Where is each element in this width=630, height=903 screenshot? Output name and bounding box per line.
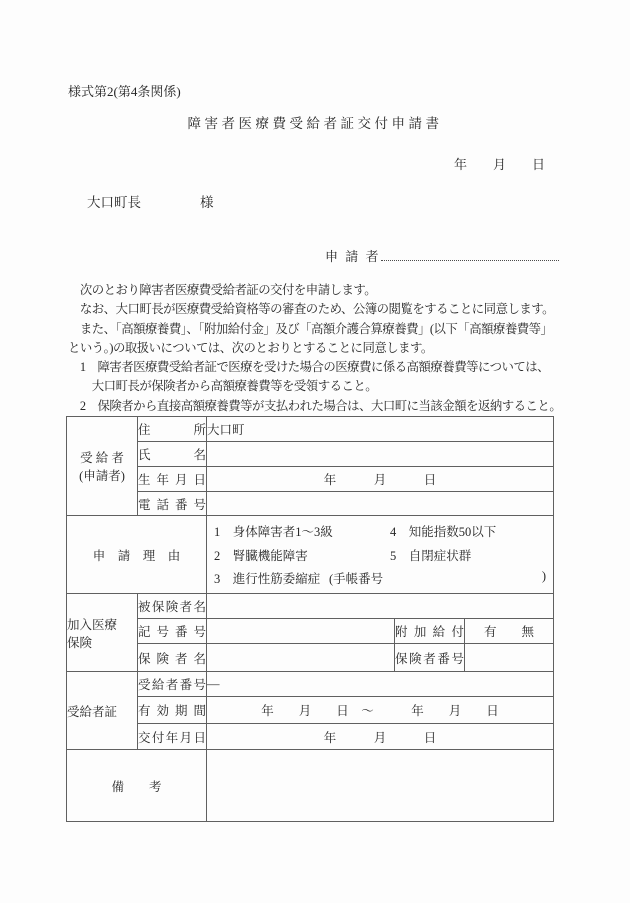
reason-option-3: 3 進行性筋委縮症 [214,572,320,586]
address-value: 大口町 [207,417,554,442]
address-label: 住所 [138,417,207,442]
table-row: 申 請 理 由 1 身体障害者1〜3級 4 知能指数50以下 2 腎臓機能障害 … [67,516,554,594]
symbol-number-field[interactable] [207,619,395,644]
table-row: 加入医療 保険 被保険者名 [67,594,554,619]
name-label: 氏名 [138,442,207,467]
body-line: 大口町長が保険者から高額療養費等を受領すること。 [68,377,561,396]
body-paragraphs: 次のとおり障害者医療費受給者証の交付を申請します。 なお、大口町長が医療費受給資… [68,281,561,416]
honorific: 様 [200,195,214,210]
additional-benefit-choice[interactable]: 有 無 [465,619,554,644]
reason-option-5: 5 自閉症状群 [390,546,471,564]
recipient-number-label: 受給者番号 [138,672,207,697]
valid-period-value: 年 月 日 〜 年 月 日 [207,697,554,724]
insurer-number-field[interactable] [465,644,554,672]
name-field[interactable] [207,442,554,467]
date-placeholder: 年 月 日 [454,154,545,173]
insured-name-field[interactable] [207,594,554,619]
table-row: 記号番号 附加給付 有 無 [67,619,554,644]
reason-line: 1 身体障害者1〜3級 4 知能指数50以下 [214,522,546,540]
insurance-group-line1: 加入医療 [67,615,137,633]
table-row: 氏名 [67,442,554,467]
remarks-label: 備 考 [67,750,207,822]
applicant-signature-field[interactable] [381,246,559,261]
reason-line: 2 腎臓機能障害 5 自閉症状群 [214,546,546,564]
certificate-group-label: 受給者証 [67,672,138,750]
insurance-group-line2: 保険 [67,633,137,651]
addressee-line: 大口町長様 [87,191,214,211]
body-line: という。)の取扱いについては、次のとおりとすることに同意します。 [68,339,561,358]
table-row: 電話番号 [67,492,554,516]
table-row: 交付年月日 年 月 日 [67,724,554,750]
form-number: 様式第2(第4条関係) [68,81,181,100]
applicant-label: 申 請 者 [325,249,381,264]
table-row: 有効期間 年 月 日 〜 年 月 日 [67,697,554,724]
symbol-number-label: 記号番号 [138,619,207,644]
table-row: 備 考 [67,750,554,822]
reason-option-2: 2 腎臓機能障害 [214,549,308,563]
insurer-name-field[interactable] [207,644,395,672]
body-line: なお、大口町長が医療費受給資格等の審査のため、公簿の閲覧をすることに同意します。 [68,300,561,319]
birthdate-label: 生年月日 [138,467,207,492]
addressee-name: 大口町長 [87,195,141,210]
notebook-number-label: (手帳番号 [329,569,383,587]
reason-group-label: 申 請 理 由 [67,516,207,594]
body-line: 1 障害者医療費受給者証で医療を受けた場合の医療費に係る高額療養費等については、 [68,358,561,377]
reason-option-1: 1 身体障害者1〜3級 [214,525,333,539]
page-title: 障害者医療費受給者証交付申請書 [0,112,630,132]
applicant-line: 申 請 者 [325,246,559,265]
insurer-name-label: 保険者名 [138,644,207,672]
body-line: 次のとおり障害者医療費受給者証の交付を申請します。 [68,281,561,300]
insured-name-label: 被保険者名 [138,594,207,619]
table-row: 保険者名 保険者番号 [67,644,554,672]
application-table: 受 給 者 (申請者) 住所 大口町 氏名 生年月日 年 月 日 電話番号 申 … [66,416,554,822]
recipient-group-line2: (申請者) [67,466,137,484]
recipient-number-value: ― [207,672,554,697]
reason-line: 3 進行性筋委縮症 (手帳番号 ) [214,569,546,587]
birthdate-value: 年 月 日 [207,467,554,492]
issue-date-value: 年 月 日 [207,724,554,750]
phone-label: 電話番号 [138,492,207,516]
recipient-group-line1: 受 給 者 [67,448,137,466]
reason-options-cell: 1 身体障害者1〜3級 4 知能指数50以下 2 腎臓機能障害 5 自閉症状群 … [207,516,554,594]
insurance-group-label: 加入医療 保険 [67,594,138,672]
recipient-group-label: 受 給 者 (申請者) [67,417,138,516]
issue-date-label: 交付年月日 [138,724,207,750]
valid-period-label: 有効期間 [138,697,207,724]
table-row: 受給者証 受給者番号 ― [67,672,554,697]
notebook-number-close: ) [542,569,546,584]
additional-benefit-label: 附加給付 [395,619,465,644]
remarks-field[interactable] [207,750,554,822]
reason-option-4: 4 知能指数50以下 [390,522,496,540]
body-line: 2 保険者から直接高額療養費等が支払われた場合は、大口町に当該金額を返納すること… [68,397,561,416]
application-form-page: 様式第2(第4条関係) 障害者医療費受給者証交付申請書 年 月 日 大口町長様 … [0,0,630,903]
insurer-number-label: 保険者番号 [395,644,465,672]
table-row: 受 給 者 (申請者) 住所 大口町 [67,417,554,442]
body-line: また、「高額療養費」、「附加給付金」及び「高額介護合算療養費」(以下「高額療養費… [68,320,561,339]
phone-field[interactable] [207,492,554,516]
reason-options: 1 身体障害者1〜3級 4 知能指数50以下 2 腎臓機能障害 5 自閉症状群 … [207,516,553,593]
table-row: 生年月日 年 月 日 [67,467,554,492]
